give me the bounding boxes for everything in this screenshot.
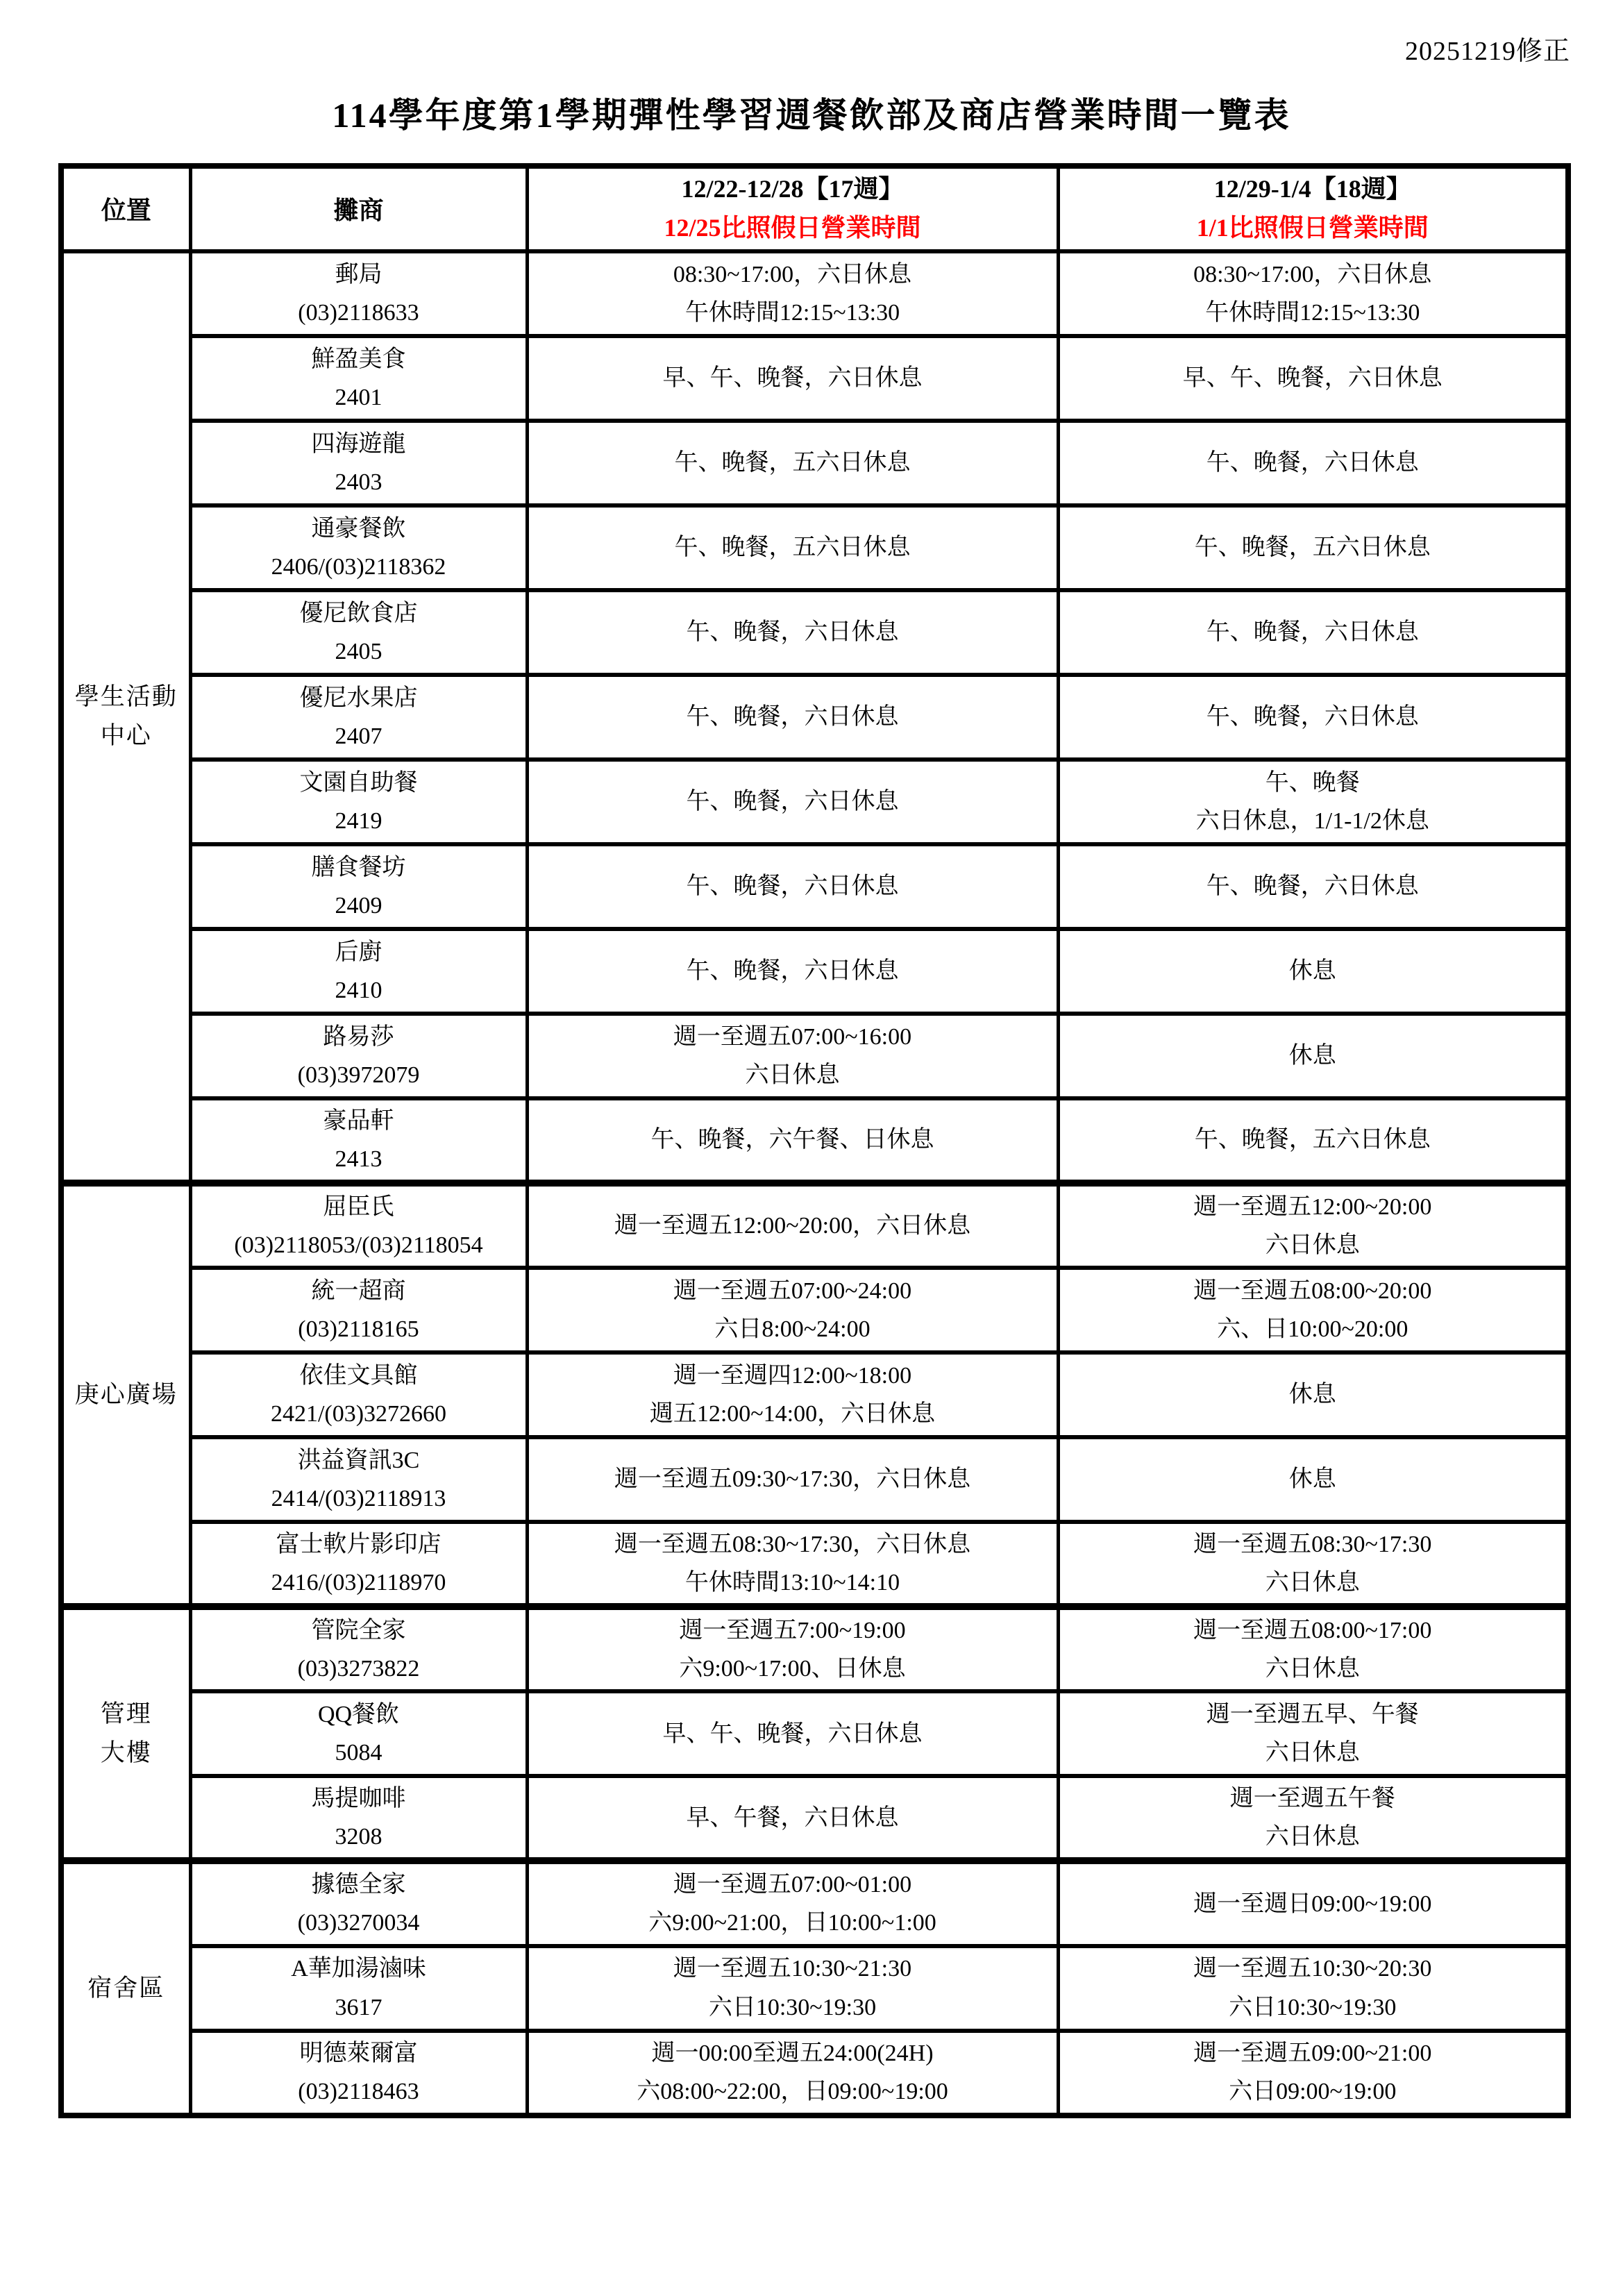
hours-week18-cell: 午、晚餐，五六日休息 (1058, 505, 1568, 590)
hours-week18-cell: 週一至週五午餐六日休息 (1058, 1776, 1568, 1861)
hours-line: 週一至週五08:00~17:00 (1064, 1611, 1562, 1650)
hours-line: 六日休息 (1064, 1818, 1562, 1856)
hours-line: 午休時間12:15~13:30 (1064, 294, 1562, 332)
hours-week17-cell: 週一至週五07:00~16:00六日休息 (527, 1014, 1058, 1098)
hours-line: 週一至週五7:00~19:00 (533, 1611, 1052, 1650)
vendor-name: 路易莎 (196, 1018, 521, 1056)
vendor-name: 管院全家 (196, 1611, 521, 1650)
header-week18-dates: 12/29-1/4【18週】 (1064, 170, 1562, 209)
vendor-cell: 路易莎(03)3972079 (190, 1014, 527, 1098)
table-row: 通豪餐飲2406/(03)2118362午、晚餐，五六日休息午、晚餐，五六日休息 (61, 505, 1568, 590)
hours-week18-cell: 午、晚餐六日休息，1/1-1/2休息 (1058, 760, 1568, 844)
hours-week17-cell: 早、午、晚餐，六日休息 (527, 1691, 1058, 1776)
hours-line: 六日休息 (1064, 1650, 1562, 1688)
hours-week18-cell: 午、晚餐，五六日休息 (1058, 1098, 1568, 1183)
hours-week17-cell: 週一00:00至週五24:00(24H)六08:00~22:00，日09:00~… (527, 2031, 1058, 2115)
vendor-contact: 2409 (196, 887, 521, 925)
hours-week18-cell: 週一至週五08:00~20:00六、日10:00~20:00 (1058, 1268, 1568, 1352)
hours-line: 午休時間13:10~14:10 (533, 1564, 1052, 1602)
hours-line: 午、晚餐，六日休息 (533, 952, 1052, 990)
hours-line: 週一至週五07:00~01:00 (533, 1866, 1052, 1904)
vendor-cell: A華加湯滷味3617 (190, 1946, 527, 2031)
vendor-cell: 據德全家(03)3270034 (190, 1861, 527, 1945)
location-label: 宿舍區 (68, 1969, 185, 2008)
hours-week17-cell: 週一至週五10:30~21:30六日10:30~19:30 (527, 1946, 1058, 2031)
hours-week18-cell: 休息 (1058, 1014, 1568, 1098)
hours-line: 休息 (1064, 1460, 1562, 1498)
hours-line: 午、晚餐，六日休息 (1064, 444, 1562, 482)
hours-line: 週一至週五07:00~24:00 (533, 1272, 1052, 1310)
table-row: 管理大樓管院全家(03)3273822週一至週五7:00~19:00六9:00~… (61, 1607, 1568, 1691)
hours-week17-cell: 午、晚餐，五六日休息 (527, 505, 1058, 590)
vendor-name: 富士軟片影印店 (196, 1525, 521, 1564)
hours-week17-cell: 週一至週五07:00~24:00六日8:00~24:00 (527, 1268, 1058, 1352)
vendor-contact: 2406/(03)2118362 (196, 548, 521, 586)
vendor-contact: (03)2118053/(03)2118054 (196, 1226, 521, 1264)
location-label: 中心 (68, 717, 185, 755)
table-row: 明德萊爾富(03)2118463週一00:00至週五24:00(24H)六08:… (61, 2031, 1568, 2115)
table-row: QQ餐飲5084早、午、晚餐，六日休息週一至週五早、午餐六日休息 (61, 1691, 1568, 1776)
location-label: 庚心廣場 (68, 1375, 185, 1414)
vendor-name: 四海遊龍 (196, 425, 521, 463)
vendor-contact: 3208 (196, 1818, 521, 1856)
hours-line: 週一至週五07:00~16:00 (533, 1018, 1052, 1056)
header-week18-holiday-note: 1/1比照假日營業時間 (1064, 209, 1562, 248)
hours-week18-cell: 週一至週五10:30~20:30六日10:30~19:30 (1058, 1946, 1568, 2031)
hours-line: 08:30~17:00，六日休息 (533, 255, 1052, 294)
hours-week18-cell: 午、晚餐，六日休息 (1058, 675, 1568, 760)
hours-line: 午、晚餐，六日休息 (1064, 613, 1562, 651)
vendor-name: 屈臣氏 (196, 1188, 521, 1226)
vendor-name: 馬提咖啡 (196, 1779, 521, 1818)
vendor-cell: 后廚2410 (190, 929, 527, 1014)
vendor-contact: 2414/(03)2118913 (196, 1480, 521, 1518)
hours-week18-cell: 休息 (1058, 1437, 1568, 1522)
hours-line: 休息 (1064, 1037, 1562, 1075)
hours-line: 週一至週日09:00~19:00 (1064, 1885, 1562, 1923)
hours-week17-cell: 早、午、晚餐，六日休息 (527, 336, 1058, 421)
vendor-contact: 2416/(03)2118970 (196, 1564, 521, 1602)
table-row: 宿舍區據德全家(03)3270034週一至週五07:00~01:00六9:00~… (61, 1861, 1568, 1945)
hours-line: 休息 (1064, 952, 1562, 990)
vendor-contact: (03)2118633 (196, 294, 521, 332)
vendor-cell: 鮮盈美食2401 (190, 336, 527, 421)
hours-line: 午、晚餐，六日休息 (533, 613, 1052, 651)
hours-line: 六日休息，1/1-1/2休息 (1064, 802, 1562, 840)
hours-week18-cell: 週一至週五12:00~20:00六日休息 (1058, 1183, 1568, 1268)
vendor-contact: (03)2118165 (196, 1310, 521, 1348)
location-cell: 宿舍區 (61, 1861, 190, 2115)
vendor-contact: 2407 (196, 717, 521, 755)
table-row: 四海遊龍2403午、晚餐，五六日休息午、晚餐，六日休息 (61, 421, 1568, 505)
table-row: 馬提咖啡3208早、午餐，六日休息週一至週五午餐六日休息 (61, 1776, 1568, 1861)
vendor-name: 優尼飲食店 (196, 594, 521, 632)
header-row: 位置 攤商 12/22-12/28【17週】 12/25比照假日營業時間 12/… (61, 166, 1568, 251)
hours-week17-cell: 午、晚餐，六午餐、日休息 (527, 1098, 1058, 1183)
location-cell: 管理大樓 (61, 1607, 190, 1861)
hours-line: 六、日10:00~20:00 (1064, 1310, 1562, 1348)
vendor-contact: 2405 (196, 632, 521, 671)
hours-line: 週一至週五午餐 (1064, 1779, 1562, 1818)
hours-line: 週一至週四12:00~18:00 (533, 1357, 1052, 1395)
header-week17-dates: 12/22-12/28【17週】 (533, 170, 1052, 209)
hours-week17-cell: 早、午餐，六日休息 (527, 1776, 1058, 1861)
vendor-name: A華加湯滷味 (196, 1950, 521, 1988)
vendor-name: 通豪餐飲 (196, 510, 521, 548)
hours-line: 午、晚餐，六日休息 (533, 782, 1052, 821)
vendor-cell: 郵局(03)2118633 (190, 251, 527, 336)
hours-week17-cell: 週一至週五08:30~17:30，六日休息午休時間13:10~14:10 (527, 1522, 1058, 1607)
hours-line: 六日休息 (1064, 1226, 1562, 1264)
header-week17: 12/22-12/28【17週】 12/25比照假日營業時間 (527, 166, 1058, 251)
vendor-cell: 明德萊爾富(03)2118463 (190, 2031, 527, 2115)
hours-line: 午、晚餐，六日休息 (533, 698, 1052, 736)
vendor-cell: 優尼飲食店2405 (190, 590, 527, 675)
vendor-name: 文園自助餐 (196, 764, 521, 802)
table-row: 學生活動中心郵局(03)211863308:30~17:00，六日休息午休時間1… (61, 251, 1568, 336)
vendor-name: 依佳文具館 (196, 1357, 521, 1395)
hours-line: 週一至週五10:30~20:30 (1064, 1950, 1562, 1988)
vendor-cell: 管院全家(03)3273822 (190, 1607, 527, 1691)
document-page: 20251219修正 114學年度第1學期彈性學習週餐飲部及商店營業時間一覽表 … (0, 0, 1623, 2296)
hours-line: 週一至週五12:00~20:00，六日休息 (533, 1207, 1052, 1245)
vendor-cell: 馬提咖啡3208 (190, 1776, 527, 1861)
hours-week18-cell: 休息 (1058, 929, 1568, 1014)
hours-week17-cell: 週一至週五7:00~19:00六9:00~17:00、日休息 (527, 1607, 1058, 1691)
location-label: 學生活動 (68, 678, 185, 717)
vendor-contact: 2403 (196, 463, 521, 501)
vendor-contact: 2410 (196, 971, 521, 1009)
hours-line: 週一00:00至週五24:00(24H) (533, 2034, 1052, 2072)
hours-week18-cell: 週一至週日09:00~19:00 (1058, 1861, 1568, 1945)
vendor-contact: 2413 (196, 1140, 521, 1178)
vendor-cell: 四海遊龍2403 (190, 421, 527, 505)
hours-week18-cell: 08:30~17:00，六日休息午休時間12:15~13:30 (1058, 251, 1568, 336)
hours-line: 週一至週五09:30~17:30，六日休息 (533, 1460, 1052, 1498)
hours-week17-cell: 週一至週五07:00~01:00六9:00~21:00，日10:00~1:00 (527, 1861, 1058, 1945)
hours-line: 六日09:00~19:00 (1064, 2072, 1562, 2111)
hours-week18-cell: 午、晚餐，六日休息 (1058, 590, 1568, 675)
table-row: A華加湯滷味3617週一至週五10:30~21:30六日10:30~19:30週… (61, 1946, 1568, 2031)
vendor-cell: 洪益資訊3C2414/(03)2118913 (190, 1437, 527, 1522)
vendor-name: QQ餐飲 (196, 1695, 521, 1734)
hours-line: 六08:00~22:00，日09:00~19:00 (533, 2072, 1052, 2111)
hours-line: 午、晚餐，五六日休息 (1064, 1121, 1562, 1159)
hours-week18-cell: 休息 (1058, 1352, 1568, 1437)
vendor-cell: 優尼水果店2407 (190, 675, 527, 760)
vendor-name: 據德全家 (196, 1866, 521, 1904)
hours-line: 週一至週五10:30~21:30 (533, 1950, 1052, 1988)
table-row: 庚心廣場屈臣氏(03)2118053/(03)2118054週一至週五12:00… (61, 1183, 1568, 1268)
vendor-name: 明德萊爾富 (196, 2034, 521, 2072)
hours-line: 早、午、晚餐，六日休息 (1064, 359, 1562, 397)
hours-line: 早、午餐，六日休息 (533, 1799, 1052, 1837)
hours-line: 週一至週五早、午餐 (1064, 1695, 1562, 1734)
hours-line: 週一至週五12:00~20:00 (1064, 1188, 1562, 1226)
vendor-cell: QQ餐飲5084 (190, 1691, 527, 1776)
hours-week17-cell: 08:30~17:00，六日休息午休時間12:15~13:30 (527, 251, 1058, 336)
header-vendor: 攤商 (190, 166, 527, 251)
hours-week17-cell: 週一至週四12:00~18:00週五12:00~14:00，六日休息 (527, 1352, 1058, 1437)
table-row: 膳食餐坊2409午、晚餐，六日休息午、晚餐，六日休息 (61, 844, 1568, 929)
hours-line: 週一至週五09:00~21:00 (1064, 2034, 1562, 2072)
hours-line: 早、午、晚餐，六日休息 (533, 359, 1052, 397)
location-label: 大樓 (68, 1734, 185, 1773)
hours-week18-cell: 午、晚餐，六日休息 (1058, 421, 1568, 505)
hours-line: 週一至週五08:30~17:30，六日休息 (533, 1525, 1052, 1564)
hours-line: 午、晚餐，五六日休息 (533, 528, 1052, 567)
header-location-label: 位置 (68, 191, 185, 226)
hours-week17-cell: 週一至週五12:00~20:00，六日休息 (527, 1183, 1058, 1268)
table-row: 洪益資訊3C2414/(03)2118913週一至週五09:30~17:30，六… (61, 1437, 1568, 1522)
hours-line: 午、晚餐，六日休息 (1064, 698, 1562, 736)
hours-line: 休息 (1064, 1375, 1562, 1414)
hours-line: 六日8:00~24:00 (533, 1310, 1052, 1348)
vendor-contact: 3617 (196, 1988, 521, 2027)
hours-week17-cell: 午、晚餐，六日休息 (527, 929, 1058, 1014)
vendor-cell: 膳食餐坊2409 (190, 844, 527, 929)
table-row: 鮮盈美食2401早、午、晚餐，六日休息早、午、晚餐，六日休息 (61, 336, 1568, 421)
location-cell: 庚心廣場 (61, 1183, 190, 1607)
revision-date: 20251219修正 (1405, 29, 1570, 67)
hours-week18-cell: 午、晚餐，六日休息 (1058, 844, 1568, 929)
vendor-contact: 5084 (196, 1734, 521, 1772)
hours-line: 午、晚餐，六日休息 (1064, 867, 1562, 905)
hours-week17-cell: 午、晚餐，六日休息 (527, 675, 1058, 760)
table-body: 學生活動中心郵局(03)211863308:30~17:00，六日休息午休時間1… (61, 251, 1568, 2115)
hours-line: 六日休息 (1064, 1734, 1562, 1772)
hours-line: 午休時間12:15~13:30 (533, 294, 1052, 332)
hours-line: 08:30~17:00，六日休息 (1064, 255, 1562, 294)
hours-line: 午、晚餐，六午餐、日休息 (533, 1121, 1052, 1159)
hours-line: 週一至週五08:30~17:30 (1064, 1525, 1562, 1564)
header-week18: 12/29-1/4【18週】 1/1比照假日營業時間 (1058, 166, 1568, 251)
vendor-cell: 依佳文具館2421/(03)3272660 (190, 1352, 527, 1437)
vendor-cell: 豪品軒2413 (190, 1098, 527, 1183)
vendor-contact: 2419 (196, 802, 521, 840)
vendor-cell: 文園自助餐2419 (190, 760, 527, 844)
location-cell: 學生活動中心 (61, 251, 190, 1183)
hours-line: 六日休息 (533, 1056, 1052, 1094)
hours-line: 週五12:00~14:00，六日休息 (533, 1395, 1052, 1433)
vendor-name: 郵局 (196, 255, 521, 294)
vendor-cell: 屈臣氏(03)2118053/(03)2118054 (190, 1183, 527, 1268)
vendor-name: 洪益資訊3C (196, 1441, 521, 1480)
hours-week17-cell: 週一至週五09:30~17:30，六日休息 (527, 1437, 1058, 1522)
hours-line: 午、晚餐 (1064, 764, 1562, 802)
hours-week17-cell: 午、晚餐，六日休息 (527, 760, 1058, 844)
hours-line: 六9:00~17:00、日休息 (533, 1650, 1052, 1688)
header-vendor-label: 攤商 (196, 191, 521, 226)
vendor-contact: 2401 (196, 378, 521, 417)
hours-line: 週一至週五08:00~20:00 (1064, 1272, 1562, 1310)
page-title: 114學年度第1學期彈性學習週餐飲部及商店營業時間一覽表 (0, 87, 1623, 137)
hours-week18-cell: 週一至週五09:00~21:00六日09:00~19:00 (1058, 2031, 1568, 2115)
hours-line: 午、晚餐，六日休息 (533, 867, 1052, 905)
hours-week18-cell: 早、午、晚餐，六日休息 (1058, 336, 1568, 421)
table-row: 文園自助餐2419午、晚餐，六日休息午、晚餐六日休息，1/1-1/2休息 (61, 760, 1568, 844)
hours-line: 六日10:30~19:30 (533, 1988, 1052, 2027)
business-hours-table: 位置 攤商 12/22-12/28【17週】 12/25比照假日營業時間 12/… (58, 163, 1571, 2118)
table-row: 優尼水果店2407午、晚餐，六日休息午、晚餐，六日休息 (61, 675, 1568, 760)
vendor-name: 統一超商 (196, 1272, 521, 1310)
table-row: 優尼飲食店2405午、晚餐，六日休息午、晚餐，六日休息 (61, 590, 1568, 675)
hours-week18-cell: 週一至週五早、午餐六日休息 (1058, 1691, 1568, 1776)
vendor-name: 優尼水果店 (196, 679, 521, 717)
table-row: 依佳文具館2421/(03)3272660週一至週四12:00~18:00週五1… (61, 1352, 1568, 1437)
vendor-contact: (03)3270034 (196, 1904, 521, 1942)
hours-week17-cell: 午、晚餐，六日休息 (527, 844, 1058, 929)
vendor-name: 后廚 (196, 933, 521, 971)
vendor-contact: (03)2118463 (196, 2072, 521, 2111)
vendor-contact: (03)3273822 (196, 1650, 521, 1688)
vendor-name: 豪品軒 (196, 1102, 521, 1140)
hours-line: 六9:00~21:00，日10:00~1:00 (533, 1904, 1052, 1942)
hours-week18-cell: 週一至週五08:00~17:00六日休息 (1058, 1607, 1568, 1691)
table-row: 后廚2410午、晚餐，六日休息休息 (61, 929, 1568, 1014)
header-location: 位置 (61, 166, 190, 251)
hours-line: 早、午、晚餐，六日休息 (533, 1715, 1052, 1753)
hours-week18-cell: 週一至週五08:30~17:30六日休息 (1058, 1522, 1568, 1607)
vendor-contact: 2421/(03)3272660 (196, 1395, 521, 1433)
vendor-cell: 統一超商(03)2118165 (190, 1268, 527, 1352)
hours-line: 午、晚餐，五六日休息 (1064, 528, 1562, 567)
table-row: 統一超商(03)2118165週一至週五07:00~24:00六日8:00~24… (61, 1268, 1568, 1352)
table-row: 富士軟片影印店2416/(03)2118970週一至週五08:30~17:30，… (61, 1522, 1568, 1607)
vendor-cell: 通豪餐飲2406/(03)2118362 (190, 505, 527, 590)
hours-line: 午、晚餐，五六日休息 (533, 444, 1052, 482)
hours-line: 六日休息 (1064, 1564, 1562, 1602)
header-week17-holiday-note: 12/25比照假日營業時間 (533, 209, 1052, 248)
location-label: 管理 (68, 1695, 185, 1734)
vendor-cell: 富士軟片影印店2416/(03)2118970 (190, 1522, 527, 1607)
table-row: 路易莎(03)3972079週一至週五07:00~16:00六日休息休息 (61, 1014, 1568, 1098)
vendor-contact: (03)3972079 (196, 1056, 521, 1094)
hours-week17-cell: 午、晚餐，五六日休息 (527, 421, 1058, 505)
vendor-name: 膳食餐坊 (196, 848, 521, 887)
table-row: 豪品軒2413午、晚餐，六午餐、日休息午、晚餐，五六日休息 (61, 1098, 1568, 1183)
vendor-name: 鮮盈美食 (196, 340, 521, 378)
hours-line: 六日10:30~19:30 (1064, 1988, 1562, 2027)
hours-week17-cell: 午、晚餐，六日休息 (527, 590, 1058, 675)
